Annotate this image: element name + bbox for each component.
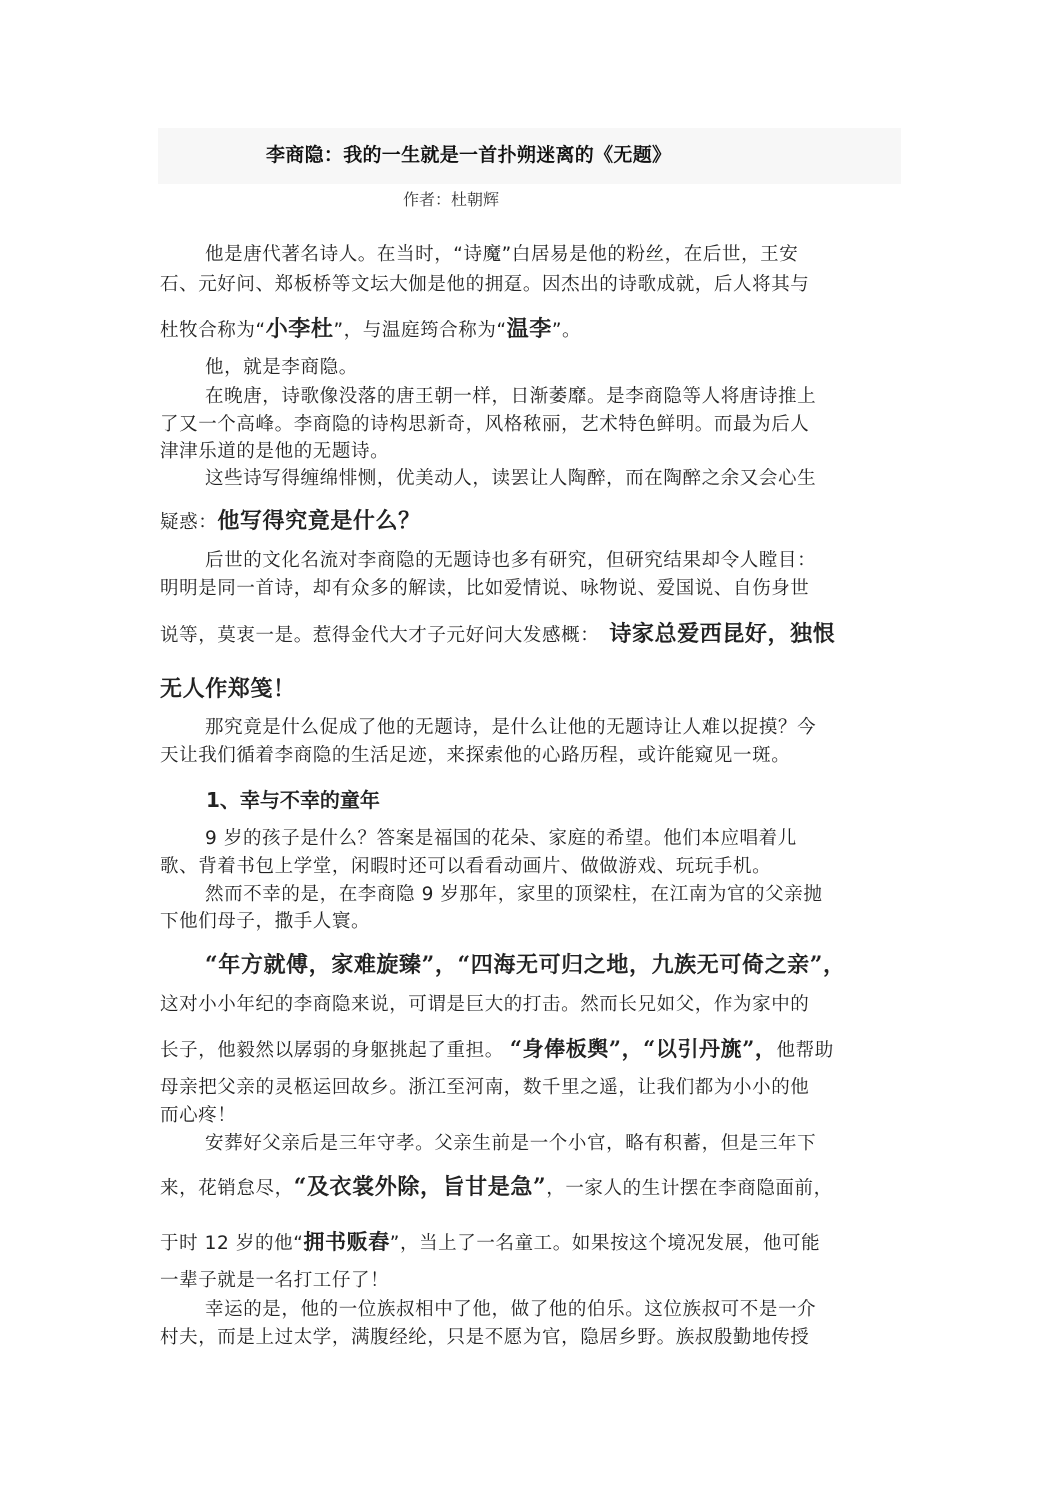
body-line: 无人作郑笺！ xyxy=(160,672,296,703)
text-run: 杜牧合称为“ xyxy=(160,320,266,341)
text-run: 长子，他毅然以孱弱的身躯挑起了重担。 xyxy=(160,1040,504,1061)
body-line: 村夫，而是上过太学，满腹经纶，只是不愿为官，隐居乡野。族叔殷勤地传授 xyxy=(160,1323,809,1349)
emphasis-poem-cont: 无人作郑笺！ xyxy=(160,676,296,702)
body-line: 疑惑：他写得究竟是什么？ xyxy=(160,504,421,535)
body-line: 然而不幸的是，在李商隐 9 岁那年，家里的顶梁柱，在江南为官的父亲抛 xyxy=(205,880,822,906)
emphasis-quote: 拥书贩舂 xyxy=(303,1229,389,1254)
body-line: 后世的文化名流对李商隐的无题诗也多有研究，但研究结果却令人瞠目： xyxy=(205,546,816,572)
body-line: 这对小小年纪的李商隐来说，可谓是巨大的打击。然而长兄如父，作为家中的 xyxy=(160,990,809,1016)
text-run: ，一家人的生计摆在李商隐面前， xyxy=(546,1178,833,1199)
body-line: 于时 12 岁的他“拥书贩舂”，当上了一名童工。如果按这个境况发展，他可能 xyxy=(160,1226,820,1256)
article-title: 李商隐：我的一生就是一首扑朔迷离的《无题》 xyxy=(266,140,671,167)
text-run: 他帮助 xyxy=(777,1040,834,1061)
body-line: 他，就是李商隐。 xyxy=(205,353,358,379)
body-line: 这些诗写得缠绵悱恻，优美动人，读罢让人陶醉，而在陶醉之余又会心生 xyxy=(205,464,816,490)
emphasis-quote: “身俸板舆”，“以引丹旐”， xyxy=(510,1036,777,1061)
emphasis-quote: “年方就傅，家难旋臻”，“四海无可归之地，九族无可倚之亲”， xyxy=(205,952,846,978)
body-line: 幸运的是，他的一位族叔相中了他，做了他的伯乐。这位族叔可不是一介 xyxy=(205,1295,816,1321)
body-line: 一辈子就是一名打工仔了！ xyxy=(160,1266,389,1292)
text-run: ”，与温庭筠合称为“ xyxy=(334,320,507,341)
body-line: 来，花销怠尽，“及衣裳外除，旨甘是急”，一家人的生计摆在李商隐面前， xyxy=(160,1170,833,1201)
emphasis-question: 他写得究竟是什么？ xyxy=(217,508,420,534)
body-line: 他是唐代著名诗人。在当时，“诗魔”白居易是他的粉丝，在后世，王安 xyxy=(205,240,798,266)
text-run: 于时 12 岁的他“ xyxy=(160,1233,303,1254)
body-line: 明明是同一首诗，却有众多的解读，比如爱情说、咏物说、爱国说、自伤身世 xyxy=(160,574,809,600)
emphasis-xiaolidu: 小李杜 xyxy=(266,316,334,342)
body-line: 那究竟是什么促成了他的无题诗，是什么让他的无题诗让人难以捉摸？今 xyxy=(205,713,816,739)
body-line: 津津乐道的是他的无题诗。 xyxy=(160,437,389,463)
text-run: 来，花销怠尽， xyxy=(160,1178,294,1199)
body-line: 杜牧合称为“小李杜”，与温庭筠合称为“温李”。 xyxy=(160,312,581,343)
text-run: 疑惑： xyxy=(160,512,217,533)
article-author: 作者：杜朝辉 xyxy=(403,187,499,210)
body-line: 歌、背着书包上学堂，闲暇时还可以看看动画片、做做游戏、玩玩手机。 xyxy=(160,852,771,878)
body-line: “年方就傅，家难旋臻”，“四海无可归之地，九族无可倚之亲”， xyxy=(205,948,846,979)
body-line: 而心疼！ xyxy=(160,1101,236,1127)
body-line: 石、元好问、郑板桥等文坛大伽是他的拥趸。因杰出的诗歌成就，后人将其与 xyxy=(160,270,809,296)
section-heading: 1、幸与不幸的童年 xyxy=(206,784,380,813)
body-line: 9 岁的孩子是什么？答案是福国的花朵、家庭的希望。他们本应唱着儿 xyxy=(205,824,797,850)
body-line: 长子，他毅然以孱弱的身躯挑起了重担。“身俸板舆”，“以引丹旐”，他帮助 xyxy=(160,1033,834,1063)
body-line: 在晚唐，诗歌像没落的唐王朝一样，日渐萎靡。是李商隐等人将唐诗推上 xyxy=(205,382,816,408)
body-line: 说等，莫衷一是。惹得金代大才子元好问大发感概：诗家总爱西昆好，独恨 xyxy=(160,617,835,648)
body-line: 下他们母子，撒手人寰。 xyxy=(160,907,370,933)
body-line: 了又一个高峰。李商隐的诗构思新奇，风格秾丽，艺术特色鲜明。而最为后人 xyxy=(160,410,809,436)
text-run: ”，当上了一名童工。如果按这个境况发展，他可能 xyxy=(390,1233,820,1254)
document-page: 李商隐：我的一生就是一首扑朔迷离的《无题》 作者：杜朝辉 他是唐代著名诗人。在当… xyxy=(0,0,1059,1497)
body-line: 安葬好父亲后是三年守孝。父亲生前是一个小官，略有积蓄，但是三年下 xyxy=(205,1129,816,1155)
emphasis-poem: 诗家总爱西昆好，独恨 xyxy=(609,621,835,647)
text-run: ”。 xyxy=(552,320,581,341)
emphasis-quote: “及衣裳外除，旨甘是急” xyxy=(294,1174,547,1200)
body-line: 天让我们循着李商隐的生活足迹，来探索他的心路历程，或许能窥见一斑。 xyxy=(160,741,790,767)
body-line: 母亲把父亲的灵柩运回故乡。浙江至河南，数千里之遥，让我们都为小小的他 xyxy=(160,1073,809,1099)
text-run: 说等，莫衷一是。惹得金代大才子元好问大发感概： xyxy=(160,625,599,646)
emphasis-wenli: 温李 xyxy=(507,316,552,342)
